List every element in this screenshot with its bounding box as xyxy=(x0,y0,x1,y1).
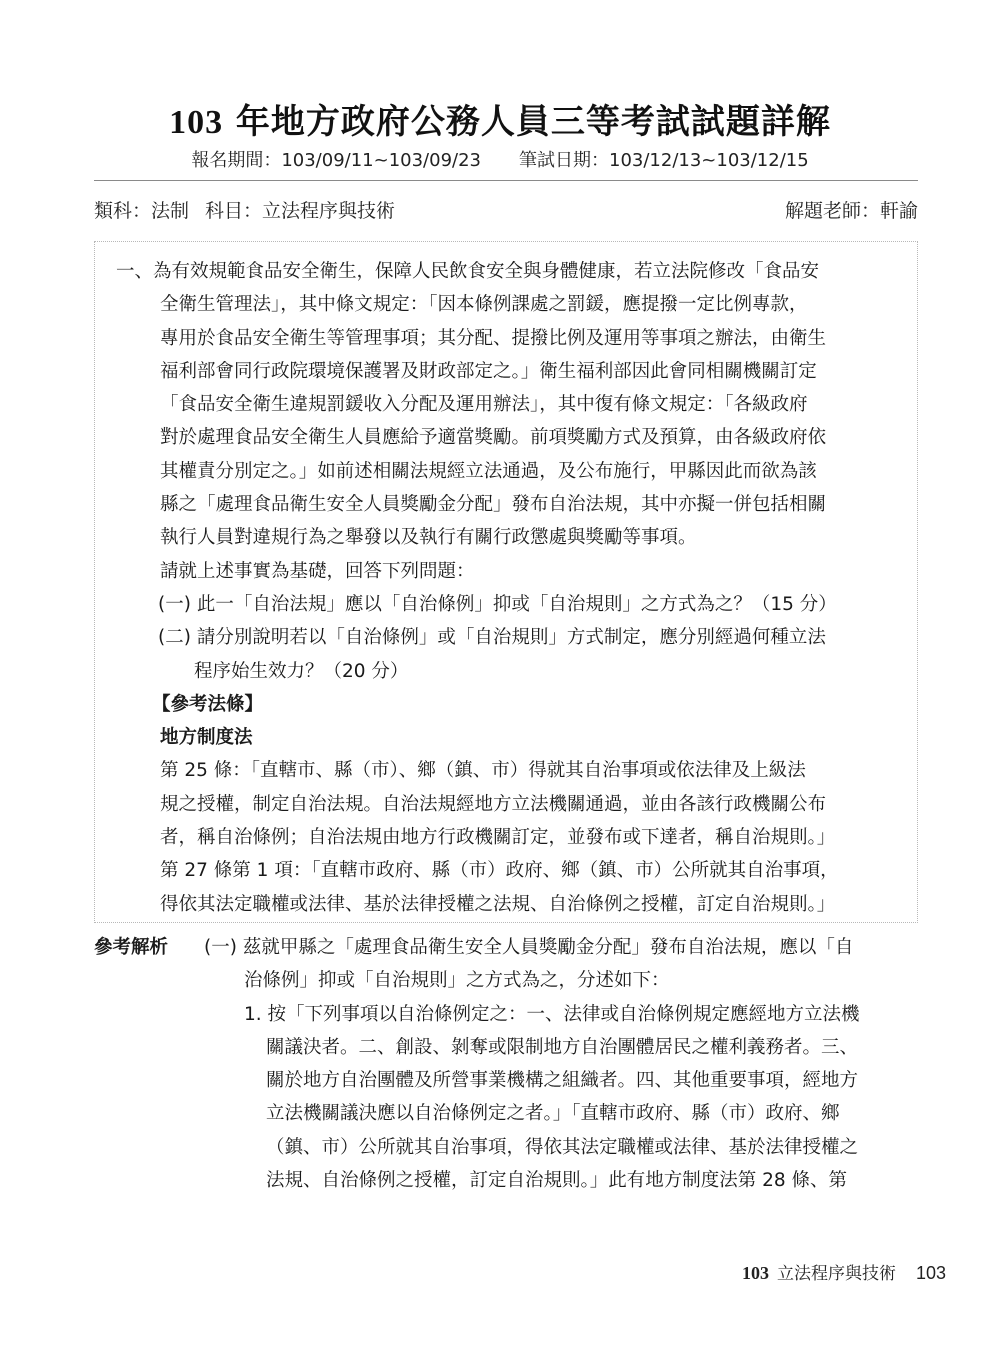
answer-text: (一) 茲就甲縣之「處理食品衛生安全人員獎勵金分配」發布自治法規，應以「自 治條… xyxy=(204,931,860,1197)
reference-heading: 【參考法條】 xyxy=(116,688,839,721)
page-number: 103 xyxy=(916,1263,946,1283)
question-line: 「食品安全衛生違規罰鍰收入分配及運用辦法」，其中復有條文規定：「各級政府 xyxy=(116,388,839,421)
registration-period: 103/09/11~103/09/23 xyxy=(281,150,481,171)
meta-left: 類科：法制科目：立法程序與技術 xyxy=(94,197,395,225)
question-line: 專用於食品安全衛生等管理事項；其分配、提撥比例及運用等事項之辦法，由衛生 xyxy=(116,322,839,355)
article-line: 第 27 條第 1 項：「直轄市政府、縣（市）政府、鄉（鎮、市）公所就其自治事項… xyxy=(116,854,839,887)
article-line: 第 25 條：「直轄市、縣（市）、鄉（鎮、市）得就其自治事項或依法律及上級法 xyxy=(116,754,839,787)
exam-dates: 報名期間：103/09/11~103/09/23筆試日期：103/12/13~1… xyxy=(0,148,1000,174)
category-value: 法制 xyxy=(151,200,189,222)
teacher-label: 解題老師： xyxy=(785,200,880,222)
article-line: 得依其法定職權或法律、基於法律授權之法規、自治條例之授權，訂定自治規則。」 xyxy=(116,888,839,921)
exam-label: 筆試日期： xyxy=(519,150,609,171)
footer-subject: 立法程序與技術 xyxy=(777,1264,896,1284)
title-year: 103 xyxy=(169,104,223,141)
answer-point-line: 關議決者。二、創設、剝奪或限制地方自治團體居民之權利義務者。三、 xyxy=(204,1031,860,1064)
title-text: 年地方政府公務人員三等考試試題詳解 xyxy=(236,102,831,142)
answer-part1-line: (一) 茲就甲縣之「處理食品衛生安全人員獎勵金分配」發布自治法規，應以「自 xyxy=(204,931,860,964)
question-line: 縣之「處理食品衛生安全人員獎勵金分配」發布自治法規，其中亦擬一併包括相關 xyxy=(116,488,839,521)
answer-point-line: 1. 按「下列事項以自治條例定之：一、法律或自治條例規定應經地方立法機 xyxy=(204,998,860,1031)
meta-right: 解題老師：軒諭 xyxy=(785,197,918,225)
question-text: 一、為有效規範食品安全衛生，保障人民飲食安全與身體健康，若立法院修改「食品安 全… xyxy=(116,255,839,921)
header-divider xyxy=(94,180,918,181)
question-line: 全衛生管理法」，其中條文規定：「因本條例課處之罰鍰，應提撥一定比例專款， xyxy=(116,288,839,321)
page-title: 103 年地方政府公務人員三等考試試題詳解 xyxy=(0,96,1000,149)
answer-point-line: 關於地方自治團體及所營事業機構之組織者。四、其他重要事項，經地方 xyxy=(204,1064,860,1097)
teacher-value: 軒諭 xyxy=(880,200,918,222)
answer-label: 參考解析 xyxy=(94,931,168,964)
sub-question-1: (一) 此一「自治法規」應以「自治條例」抑或「自治規則」之方式為之？（15 分） xyxy=(116,588,839,621)
exam-period: 103/12/13~103/12/15 xyxy=(609,150,809,171)
question-line: 其權責分別定之。」如前述相關法規經立法通過，及公布施行，甲縣因此而欲為該 xyxy=(116,455,839,488)
meta-row: 類科：法制科目：立法程序與技術 解題老師：軒諭 xyxy=(94,197,918,225)
article-line: 規之授權，制定自治法規。自治法規經地方立法機關通過，並由各該行政機關公布 xyxy=(116,788,839,821)
answer-point-line: （鎮、市）公所就其自治事項，得依其法定職權或法律、基於法律授權之 xyxy=(204,1131,860,1164)
answer-part1-line: 治條例」抑或「自治規則」之方式為之，分述如下： xyxy=(204,964,860,997)
question-line: 福利部會同行政院環境保護署及財政部定之。」衛生福利部因此會同相關機關訂定 xyxy=(116,355,839,388)
subject-value: 立法程序與技術 xyxy=(262,200,395,222)
sub-question-2: (二) 請分別說明若以「自治條例」或「自治規則」方式制定，應分別經過何種立法 xyxy=(116,621,839,654)
question-line: 對於處理食品安全衛生人員應給予適當獎勵。前項獎勵方式及預算，由各級政府依 xyxy=(116,421,839,454)
answer-point-line: 法規、自治條例之授權，訂定自治規則。」此有地方制度法第 28 條、第 xyxy=(204,1164,860,1197)
page-footer: 103立法程序與技術103 xyxy=(742,1261,946,1286)
question-line: 一、為有效規範食品安全衛生，保障人民飲食安全與身體健康，若立法院修改「食品安 xyxy=(116,255,839,288)
sub-question-2-cont: 程序始生效力？（20 分） xyxy=(116,655,839,688)
category-label: 類科： xyxy=(94,200,151,222)
footer-book-num: 103 xyxy=(742,1263,769,1283)
law-name: 地方制度法 xyxy=(116,721,839,754)
subject-label: 科目： xyxy=(205,200,262,222)
registration-label: 報名期間： xyxy=(191,150,281,171)
question-prompt: 請就上述事實為基礎，回答下列問題： xyxy=(116,555,839,588)
article-line: 者，稱自治條例；自治法規由地方行政機關訂定，並發布或下達者，稱自治規則。」 xyxy=(116,821,839,854)
answer-point-line: 立法機關議決應以自治條例定之者。」「直轄市政府、縣（市）政府、鄉 xyxy=(204,1097,860,1130)
question-line: 執行人員對違規行為之舉發以及執行有關行政懲處與獎勵等事項。 xyxy=(116,521,839,554)
